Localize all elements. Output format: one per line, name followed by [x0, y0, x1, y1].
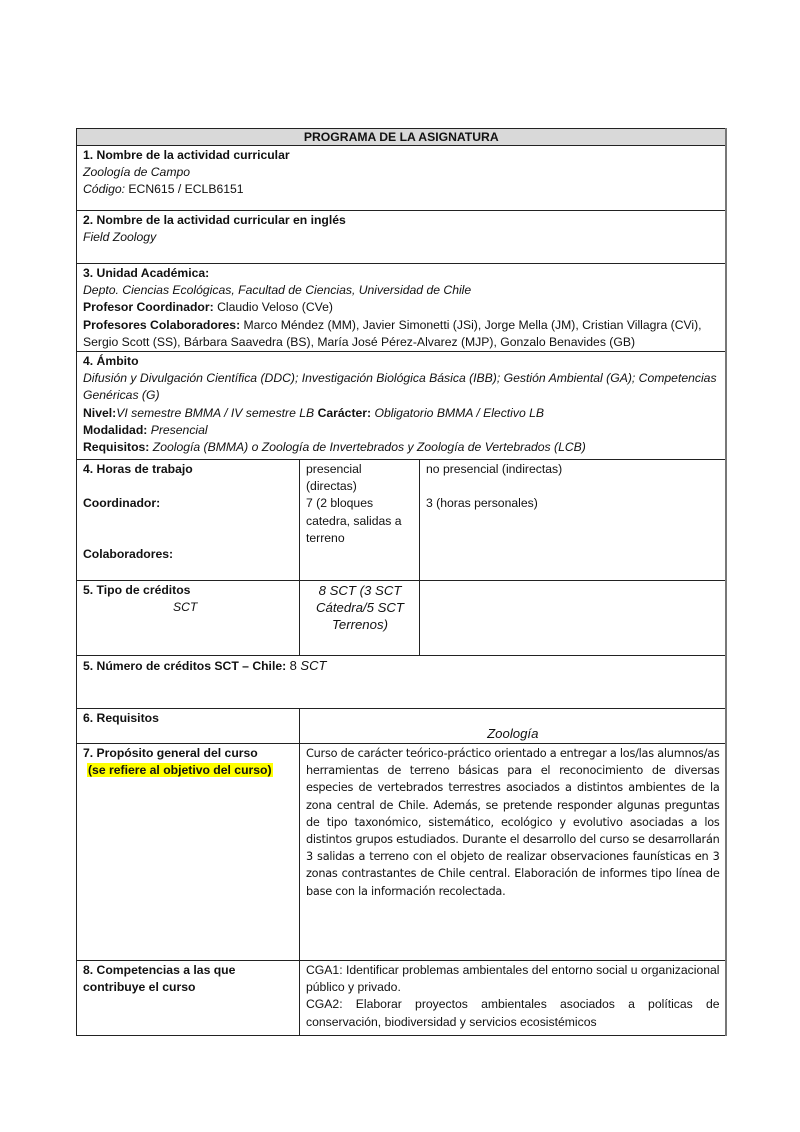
- section-activity-name: 1. Nombre de la actividad curricular Zoo…: [77, 146, 726, 211]
- indirect-hours-header: no presencial (indirectas): [426, 461, 720, 478]
- competencies-heading: 8. Competencias a las que contribuye el …: [83, 962, 294, 996]
- purpose-heading: 7. Propósito general del curso: [83, 745, 294, 762]
- purpose-note-highlight: (se refiere al objetivo del curso): [87, 763, 273, 777]
- credit-count-unit: SCT: [300, 658, 326, 673]
- level-line: Nivel:VI semestre BMMA / IV semestre LB …: [83, 405, 720, 422]
- collaborators-line: Profesores Colaboradores: Marco Méndez (…: [83, 317, 720, 351]
- coordinator-line: Profesor Coordinador: Claudio Veloso (CV…: [83, 299, 720, 316]
- purpose-text: Curso de carácter teórico-práctico orien…: [300, 744, 726, 961]
- requirements-line: Requisitos: Zoología (BMMA) o Zoología d…: [83, 439, 720, 456]
- character-value: Obligatorio BMMA / Electivo LB: [371, 406, 544, 420]
- coordinator-label: Profesor Coordinador:: [83, 300, 214, 314]
- course-code: Código: ECN615 / ECLB6151: [83, 181, 720, 198]
- section-1-heading: 1. Nombre de la actividad curricular: [83, 147, 720, 164]
- section-3-heading: 3. Unidad Académica:: [83, 265, 720, 282]
- hours-collaborators-label: Colaboradores:: [83, 546, 294, 563]
- code-value: ECN615 / ECLB6151: [125, 182, 244, 196]
- section-work-hours: 4. Horas de trabajo Coordinador: Colabor…: [77, 460, 726, 581]
- hours-coordinator-label: Coordinador:: [83, 495, 294, 512]
- modality-label: Modalidad:: [83, 423, 147, 437]
- document-page: PROGRAMA DE LA ASIGNATURA 1. Nombre de l…: [0, 0, 800, 1132]
- requirements-value-cell: Zoología: [306, 725, 720, 742]
- english-name: Field Zoology: [83, 229, 720, 246]
- direct-hours-value: 7 (2 bloques catedra, salidas a terreno: [306, 495, 414, 547]
- credit-type-empty-cell: [420, 581, 726, 656]
- section-credit-type: 5. Tipo de créditos SCT 8 SCT (3 SCT Cát…: [77, 581, 726, 656]
- credit-count-heading: 5. Número de créditos SCT – Chile:: [83, 659, 290, 673]
- coordinator-value: Claudio Veloso (CVe): [214, 300, 333, 314]
- academic-unit: Depto. Ciencias Ecológicas, Facultad de …: [83, 282, 720, 299]
- section-purpose: 7. Propósito general del curso (se refie…: [77, 744, 726, 961]
- indirect-hours-value: 3 (horas personales): [426, 495, 720, 512]
- course-program-table: PROGRAMA DE LA ASIGNATURA 1. Nombre de l…: [76, 128, 727, 1036]
- competency-item: CGA2: Elaborar proyectos ambientales aso…: [306, 996, 720, 1030]
- section-competencies: 8. Competencias a las que contribuye el …: [77, 961, 726, 1036]
- section-requirements: 6. Requisitos Zoología: [77, 709, 726, 744]
- title-row: PROGRAMA DE LA ASIGNATURA: [77, 129, 726, 146]
- section-english-name: 2. Nombre de la actividad curricular en …: [77, 211, 726, 264]
- requirements-heading: 6. Requisitos: [83, 710, 294, 727]
- course-name: Zoología de Campo: [83, 164, 720, 181]
- credit-count-number: 8: [290, 658, 301, 673]
- level-value: VI semestre BMMA / IV semestre LB: [116, 406, 317, 420]
- modality-line: Modalidad: Presencial: [83, 422, 720, 439]
- character-label: Carácter:: [318, 406, 372, 420]
- hours-heading: 4. Horas de trabajo: [83, 461, 294, 478]
- requirements-value: Zoología (BMMA) o Zoología de Invertebra…: [149, 440, 586, 454]
- section-4-heading: 4. Ámbito: [83, 353, 720, 370]
- credit-type-value: 8 SCT (3 SCT Cátedra/5 SCT Terrenos): [300, 581, 420, 656]
- scope-text: Difusión y Divulgación Científica (DDC);…: [83, 370, 720, 404]
- collaborators-label: Profesores Colaboradores:: [83, 318, 240, 332]
- section-academic-unit: 3. Unidad Académica: Depto. Ciencias Eco…: [77, 264, 726, 352]
- section-scope: 4. Ámbito Difusión y Divulgación Científ…: [77, 352, 726, 460]
- direct-hours-header: presencial (directas): [306, 461, 414, 495]
- modality-value: Presencial: [147, 423, 207, 437]
- program-title: PROGRAMA DE LA ASIGNATURA: [77, 129, 726, 146]
- level-label: Nivel:: [83, 406, 116, 420]
- section-credit-count: 5. Número de créditos SCT – Chile: 8 SCT: [77, 656, 726, 709]
- competency-item: CGA1: Identificar problemas ambientales …: [306, 962, 720, 996]
- credit-type-sct: SCT: [83, 599, 294, 616]
- credit-type-heading: 5. Tipo de créditos: [83, 582, 294, 599]
- section-2-heading: 2. Nombre de la actividad curricular en …: [83, 212, 720, 229]
- code-label: Código:: [83, 182, 125, 196]
- requirements-label: Requisitos:: [83, 440, 149, 454]
